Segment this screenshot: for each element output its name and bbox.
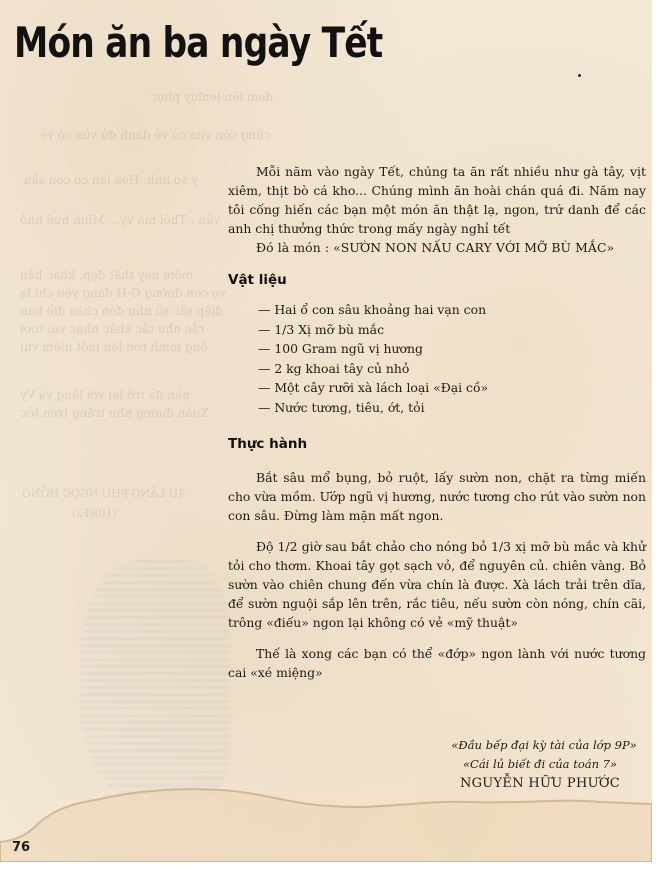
ingredients-list: — Hai ổ con sâu khoảng hai vạn con — 1/3… — [258, 300, 646, 417]
bleed-through-text: Xuân đường như trắng trên tóc — [20, 406, 209, 420]
bleed-through-text: nàn đã trở lại với lâng và Vy — [20, 388, 190, 402]
ingredient-item: — 2 kg khoai tây củ nhỏ — [258, 359, 646, 379]
bleed-through-text: cũng còn vừa có vẻ danh đủ vừa có vẻ — [40, 128, 271, 142]
page-number: 76 — [12, 840, 30, 855]
author-caption: «Đầu bếp đại kỳ tài của lớp 9P» — [448, 736, 640, 755]
method-heading: Thực hành — [228, 435, 646, 454]
method-paragraph: Bắt sâu mổ bụng, bỏ ruột, lấy sườn non, … — [228, 468, 646, 525]
bleed-through-text: ông mình rọn lên một niềm vui — [20, 340, 208, 354]
ingredients-heading: Vật liệu — [228, 271, 646, 290]
bleed-through-text: điệp sắc sũ như đón chào đổi bạn — [20, 304, 223, 318]
intro-section: Mỗi năm vào ngày Tết, chúng ta ăn rất nh… — [228, 162, 646, 257]
bleed-through-text: đem lên lenluy phục — [150, 90, 273, 104]
author-name: NGUYỄN HỮU PHƯỚC — [440, 776, 640, 791]
ingredient-item: — Một cây rưỡi xà lách loại «Đại cồ» — [258, 378, 646, 398]
bleed-through-text: mồm nay thật đẹp, khác hẳn — [20, 268, 193, 282]
ink-speck — [578, 74, 581, 77]
ingredient-item: — Hai ổ con sâu khoảng hai vạn con — [258, 300, 646, 320]
recipe-article: Mỗi năm vào ngày Tết, chúng ta ăn rất nh… — [228, 162, 646, 694]
author-credits: «Đầu bếp đại kỳ tài của lớp 9P» «Cái lủ … — [440, 736, 640, 791]
method-section: Bắt sâu mổ bụng, bỏ ruột, lấy sườn non, … — [228, 468, 646, 682]
intro-paragraph: Mỗi năm vào ngày Tết, chúng ta ăn rất nh… — [228, 162, 646, 238]
ink-bleed-stain — [80, 560, 230, 800]
ingredient-item: — Nước tương, tiêu, ớt, tỏi — [258, 398, 646, 418]
water-stain-edge — [0, 782, 652, 862]
bleed-through-text: rắc như tắc khắc nhạc vui tươi — [20, 322, 205, 336]
bleed-through-text: 4Ú LÃNG PHÚ NGỌC HỒNG — [22, 487, 185, 500]
dish-name-line: Đó là món : «SƯỜN NON NẤU CARY VỚI MỠ BÙ… — [228, 238, 646, 257]
ingredient-item: — 1/3 Xị mỡ bù mắc — [258, 320, 646, 340]
bleed-through-text: y so linh. Hoa lan có con sâu. — [20, 173, 198, 187]
magazine-page: đem lên lenluy phục cũng còn vừa có vẻ d… — [0, 0, 652, 862]
page-title: Món ăn ba ngày Tết — [14, 18, 382, 67]
bleed-through-text: vẫn ; Thôi mà vỵ... Mình huế nhỏ — [20, 213, 220, 227]
bleed-through-text: vợ con đường G-H đáng yêu chi lạ — [20, 286, 226, 300]
method-paragraph: Thế là xong các bạn có thể «đớp» ngon là… — [228, 644, 646, 682]
ingredient-item: — 100 Gram ngũ vị hương — [258, 339, 646, 359]
author-caption: «Cái lủ biết đi của toán 7» — [440, 755, 640, 774]
method-paragraph: Độ 1/2 giờ sau bắt chảo cho nóng bỏ 1/3 … — [228, 537, 646, 632]
bleed-through-text: (10B12) — [72, 507, 117, 520]
